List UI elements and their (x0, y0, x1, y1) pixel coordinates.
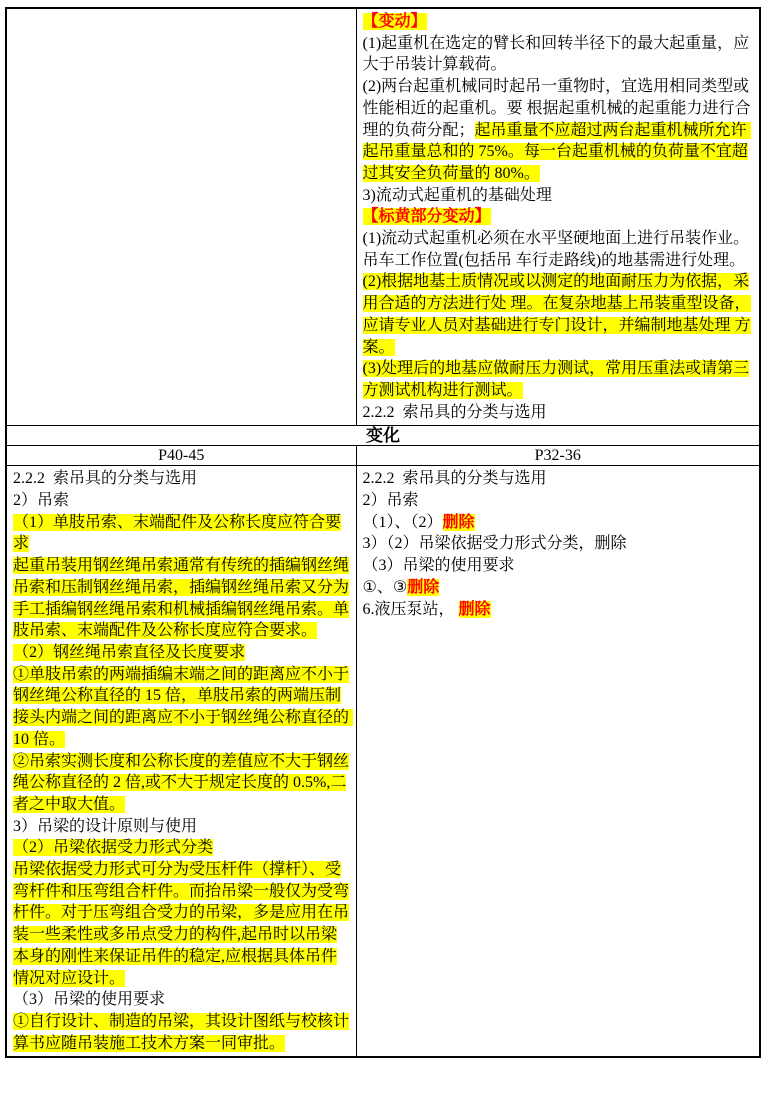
left-content-cell: 2.2.2 索吊具的分类与选用2）吊索（1）单肢吊索、末端配件及公称长度应符合要… (6, 466, 356, 1057)
top-right-text-cell: 【变动】(1)起重机在选定的臂长和回转半径下的最大起重量，应大于吊装计算载荷。(… (356, 8, 760, 426)
top-left-empty-cell (6, 8, 356, 426)
text-segment: (1)起重机在选定的臂长和回转半径下的最大起重量，应大于吊装计算载荷。 (363, 35, 750, 74)
paragraph: ①、③删除 (363, 577, 754, 599)
paragraph: ②吊索实测长度和公称长度的差值应不大于钢丝绳公称直径的 2 倍,或不大于规定长度… (13, 751, 350, 816)
paragraph: (2)根据地基土质情况或以测定的地面耐压力为依据，采用合适的方法进行处 理。在复… (363, 271, 754, 358)
text-segment: 3）吊梁的设计原则与使用 (13, 818, 197, 835)
paragraph: （3）吊梁的使用要求 (363, 555, 754, 577)
highlighted-segment: (2)根据地基土质情况或以测定的地面耐压力为依据，采用合适的方法进行处 理。在复… (363, 273, 751, 355)
text-segment: 3）（2）吊梁依据受力形式分类，删除 (363, 535, 627, 552)
change-section-row: 变化 (6, 426, 760, 446)
paragraph: 吊梁依据受力形式可分为受压杆件（撑杆）、受弯杆件和压弯组合杆件。而抬吊梁一般仅为… (13, 859, 350, 989)
document-page: 【变动】(1)起重机在选定的臂长和回转半径下的最大起重量，应大于吊装计算载荷。(… (5, 7, 759, 1058)
paragraph: 2）吊索 (363, 490, 754, 512)
paragraph: 2.2.2 索吊具的分类与选用 (363, 468, 754, 490)
paragraph: 起重吊装用钢丝绳吊索通常有传统的插编钢丝绳吊索和压制钢丝绳吊索，插编钢丝绳吊索又… (13, 555, 350, 642)
text-segment: 2.2.2 索吊具的分类与选用 (13, 470, 197, 487)
red-highlighted-segment: 【变动】 (363, 13, 427, 30)
red-highlighted-segment: 删除 (443, 514, 475, 531)
content-row: 2.2.2 索吊具的分类与选用2）吊索（1）单肢吊索、末端配件及公称长度应符合要… (6, 466, 760, 1057)
text-segment: 2.2.2 索吊具的分类与选用 (363, 470, 547, 487)
highlighted-segment: (3)处理后的地基应做耐压力测试，常用压重法或请第三方测试机构进行测试。 (363, 360, 750, 399)
right-page-range: P32-36 (356, 446, 760, 466)
paragraph: (3)处理后的地基应做耐压力测试，常用压重法或请第三方测试机构进行测试。 (363, 358, 754, 401)
right-content-cell: 2.2.2 索吊具的分类与选用2）吊索（1）、（2）删除3）（2）吊梁依据受力形… (356, 466, 760, 1057)
change-section-header: 变化 (6, 426, 760, 446)
paragraph: 2.2.2 索吊具的分类与选用 (13, 468, 350, 490)
paragraph: 3)流动式起重机的基础处理 (363, 185, 754, 207)
text-segment: ①、③ (363, 579, 408, 596)
text-segment: 6.液压泵站， (363, 601, 459, 618)
red-highlighted-segment: 删除 (459, 601, 491, 618)
paragraph: （2）吊梁依据受力形式分类 (13, 837, 350, 859)
red-highlighted-segment: 删除 (407, 579, 439, 596)
highlighted-segment: ①单肢吊索的两端插编末端之间的距离应不小于钢丝绳公称直径的 15 倍，单肢吊索的… (13, 666, 353, 748)
left-page-range: P40-45 (6, 446, 356, 466)
paragraph: 【标黄部分变动】 (363, 206, 754, 228)
paragraph: (2)两台起重机械同时起吊一重物时，宜选用相同类型或性能相近的起重机。要 根据起… (363, 76, 754, 185)
text-segment: 2.2.2 索吊具的分类与选用 (363, 404, 547, 421)
text-segment: 2）吊索 (13, 492, 69, 509)
text-segment: 2）吊索 (363, 492, 419, 509)
paragraph: 3）（2）吊梁依据受力形式分类，删除 (363, 533, 754, 555)
comparison-table: 【变动】(1)起重机在选定的臂长和回转半径下的最大起重量，应大于吊装计算载荷。(… (5, 7, 761, 1058)
text-segment: （3）吊梁的使用要求 (13, 991, 165, 1008)
highlighted-segment: 起重吊装用钢丝绳吊索通常有传统的插编钢丝绳吊索和压制钢丝绳吊索，插编钢丝绳吊索又… (13, 557, 349, 639)
paragraph: （3）吊梁的使用要求 (13, 989, 350, 1011)
paragraph: ①单肢吊索的两端插编末端之间的距离应不小于钢丝绳公称直径的 15 倍，单肢吊索的… (13, 664, 350, 751)
highlighted-segment: ①自行设计、制造的吊梁，其设计图纸与校核计算书应随吊装施工技术方案一同审批。 (13, 1013, 349, 1052)
paragraph: 2）吊索 (13, 490, 350, 512)
highlighted-segment: ②吊索实测长度和公称长度的差值应不大于钢丝绳公称直径的 2 倍,或不大于规定长度… (13, 753, 349, 813)
paragraph: (1)流动式起重机必须在水平坚硬地面上进行吊装作业。吊车工作位置(包括吊 车行走… (363, 228, 754, 271)
paragraph: （1）单肢吊索、末端配件及公称长度应符合要求 (13, 512, 350, 555)
highlighted-segment: 吊梁依据受力形式可分为受压杆件（撑杆）、受弯杆件和压弯组合杆件。而抬吊梁一般仅为… (13, 861, 349, 987)
paragraph: （1）、（2）删除 (363, 512, 754, 534)
highlighted-segment: （2）钢丝绳吊索直径及长度要求 (13, 644, 245, 661)
paragraph: （2）钢丝绳吊索直径及长度要求 (13, 642, 350, 664)
page-range-row: P40-45 P32-36 (6, 446, 760, 466)
paragraph: 3）吊梁的设计原则与使用 (13, 816, 350, 838)
paragraph: 【变动】 (363, 11, 754, 33)
highlighted-segment: （1）单肢吊索、末端配件及公称长度应符合要求 (13, 514, 341, 553)
text-segment: （3）吊梁的使用要求 (363, 557, 515, 574)
top-section-row: 【变动】(1)起重机在选定的臂长和回转半径下的最大起重量，应大于吊装计算载荷。(… (6, 8, 760, 426)
paragraph: ①自行设计、制造的吊梁，其设计图纸与校核计算书应随吊装施工技术方案一同审批。 (13, 1011, 350, 1054)
text-segment: 3)流动式起重机的基础处理 (363, 187, 552, 204)
paragraph: (1)起重机在选定的臂长和回转半径下的最大起重量，应大于吊装计算载荷。 (363, 33, 754, 76)
text-segment: （1）、（2） (363, 514, 443, 531)
text-segment: (1)流动式起重机必须在水平坚硬地面上进行吊装作业。吊车工作位置(包括吊 车行走… (363, 230, 750, 269)
highlighted-segment: （2）吊梁依据受力形式分类 (13, 839, 213, 856)
paragraph: 2.2.2 索吊具的分类与选用 (363, 402, 754, 424)
red-highlighted-segment: 【标黄部分变动】 (363, 208, 491, 225)
paragraph: 6.液压泵站， 删除 (363, 599, 754, 621)
